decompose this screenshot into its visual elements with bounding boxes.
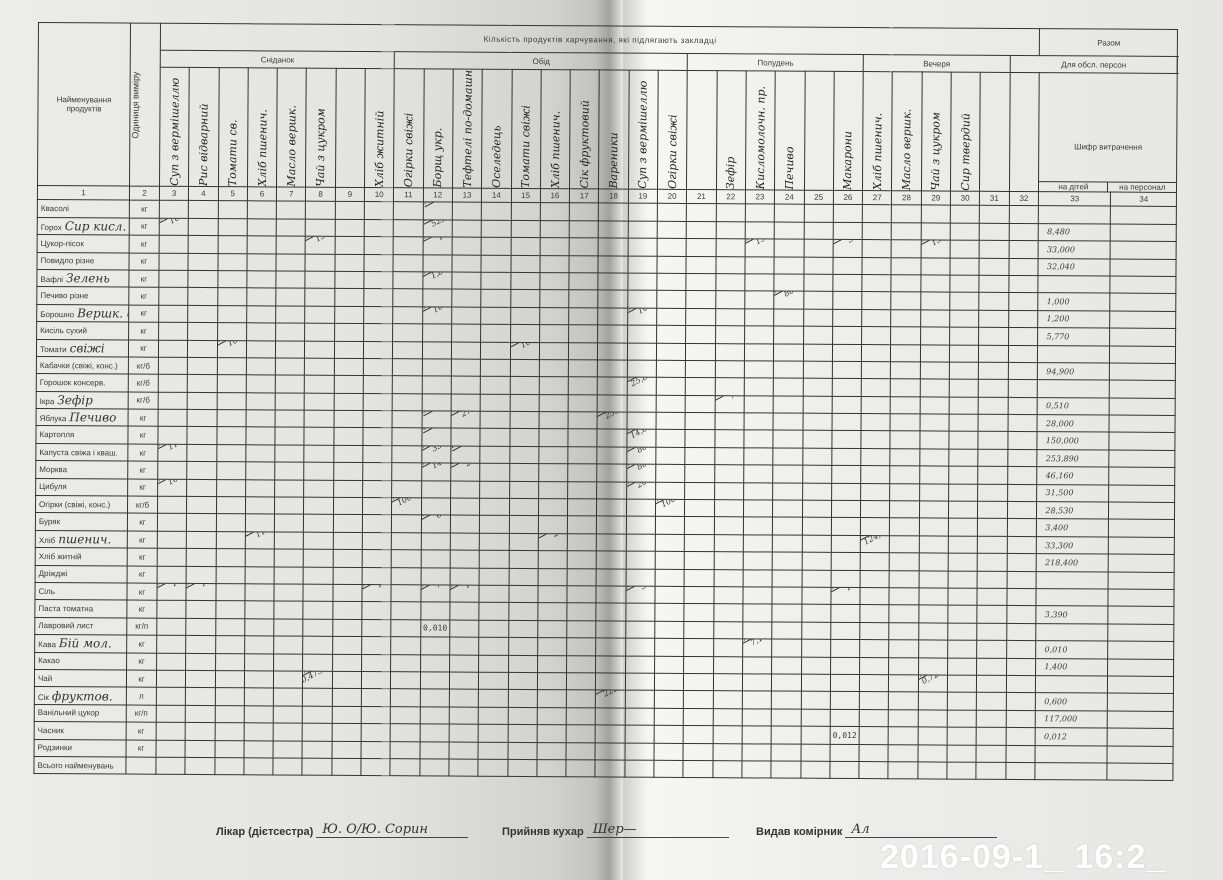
quantity-cell[interactable] <box>452 220 481 238</box>
quantity-cell[interactable] <box>860 657 889 675</box>
total-children-cell[interactable]: 117,000 <box>1036 710 1108 728</box>
quantity-cell[interactable] <box>919 570 948 588</box>
quantity-cell[interactable] <box>977 658 1006 676</box>
quantity-cell[interactable] <box>742 656 771 674</box>
quantity-cell[interactable] <box>158 427 187 445</box>
quantity-cell[interactable] <box>948 605 977 623</box>
quantity-cell[interactable] <box>510 359 539 377</box>
quantity-cell[interactable] <box>420 759 449 777</box>
quantity-cell[interactable] <box>567 603 596 621</box>
quantity-cell[interactable] <box>539 377 568 395</box>
quantity-cell[interactable] <box>860 588 889 606</box>
total-children-cell[interactable]: 32,040 <box>1038 258 1110 276</box>
quantity-cell[interactable] <box>1008 345 1038 363</box>
quantity-cell[interactable] <box>479 603 508 621</box>
quantity-cell[interactable] <box>977 553 1006 571</box>
quantity-cell[interactable] <box>713 708 742 726</box>
quantity-cell[interactable] <box>156 722 185 740</box>
quantity-cell[interactable] <box>273 758 302 776</box>
quantity-cell[interactable] <box>188 305 217 323</box>
quantity-cell[interactable] <box>861 396 890 414</box>
quantity-cell[interactable] <box>539 446 568 464</box>
quantity-cell[interactable] <box>244 688 273 706</box>
quantity-cell[interactable]: 5,91016 <box>158 479 187 497</box>
quantity-cell[interactable] <box>215 688 244 706</box>
quantity-cell[interactable] <box>626 551 655 569</box>
quantity-cell[interactable] <box>274 601 303 619</box>
quantity-cell[interactable] <box>832 309 861 327</box>
total-staff-cell[interactable] <box>1107 728 1173 746</box>
total-children-cell[interactable]: 33,000 <box>1038 241 1110 259</box>
quantity-cell[interactable] <box>216 549 245 567</box>
quantity-cell[interactable] <box>274 584 303 602</box>
quantity-cell[interactable] <box>156 705 185 723</box>
quantity-cell[interactable] <box>539 394 568 412</box>
total-children-cell[interactable] <box>1036 676 1108 694</box>
total-staff-cell[interactable] <box>1108 589 1174 607</box>
quantity-cell[interactable] <box>215 601 244 619</box>
quantity-cell[interactable] <box>245 636 274 654</box>
quantity-cell[interactable] <box>832 326 861 344</box>
quantity-cell[interactable] <box>596 673 625 691</box>
quantity-cell[interactable] <box>450 602 479 620</box>
quantity-cell[interactable] <box>334 323 363 341</box>
quantity-cell[interactable] <box>274 671 303 689</box>
total-children-cell[interactable]: 0,012 <box>1035 728 1107 746</box>
quantity-cell[interactable] <box>1008 397 1038 415</box>
quantity-cell[interactable] <box>333 619 362 637</box>
total-staff-cell[interactable] <box>1108 641 1174 659</box>
quantity-cell[interactable] <box>832 379 861 397</box>
quantity-cell[interactable] <box>977 710 1006 728</box>
quantity-cell[interactable] <box>217 427 246 445</box>
quantity-cell[interactable] <box>305 358 334 376</box>
quantity-cell[interactable] <box>773 430 802 448</box>
quantity-cell[interactable] <box>685 465 714 483</box>
quantity-cell[interactable] <box>830 674 859 692</box>
quantity-cell[interactable] <box>305 306 334 324</box>
quantity-cell[interactable] <box>275 393 304 411</box>
quantity-cell[interactable] <box>920 327 949 345</box>
quantity-cell[interactable] <box>715 308 744 326</box>
quantity-cell[interactable] <box>159 305 188 323</box>
quantity-cell[interactable] <box>597 551 626 569</box>
quantity-cell[interactable] <box>540 238 569 256</box>
quantity-cell[interactable] <box>801 744 830 762</box>
quantity-cell[interactable] <box>275 427 304 445</box>
quantity-cell[interactable] <box>830 709 859 727</box>
quantity-cell[interactable] <box>976 762 1005 780</box>
quantity-cell[interactable] <box>362 515 391 533</box>
quantity-cell[interactable] <box>802 465 831 483</box>
quantity-cell[interactable] <box>509 429 538 447</box>
quantity-cell[interactable]: 51,875124,6 <box>860 535 889 553</box>
quantity-cell[interactable]: 5,55010 <box>422 307 451 325</box>
quantity-cell[interactable] <box>684 708 713 726</box>
quantity-cell[interactable] <box>188 288 217 306</box>
quantity-cell[interactable] <box>862 292 891 310</box>
quantity-cell[interactable] <box>1007 501 1037 519</box>
quantity-cell[interactable] <box>715 430 744 448</box>
quantity-cell[interactable] <box>745 204 774 222</box>
quantity-cell[interactable] <box>743 569 772 587</box>
quantity-cell[interactable] <box>567 673 596 691</box>
quantity-cell[interactable] <box>479 585 508 603</box>
quantity-cell[interactable]: 39,400100 <box>217 340 246 358</box>
quantity-cell[interactable] <box>714 569 743 587</box>
quantity-cell[interactable] <box>774 257 803 275</box>
quantity-cell[interactable] <box>305 393 334 411</box>
quantity-cell[interactable] <box>540 273 569 291</box>
quantity-cell[interactable] <box>656 430 685 448</box>
quantity-cell[interactable] <box>215 740 244 758</box>
quantity-cell[interactable] <box>1006 745 1036 763</box>
quantity-cell[interactable] <box>771 761 800 779</box>
total-staff-cell[interactable] <box>1109 467 1175 485</box>
quantity-cell[interactable] <box>625 725 654 743</box>
quantity-cell[interactable] <box>274 636 303 654</box>
quantity-cell[interactable] <box>598 360 627 378</box>
quantity-cell[interactable] <box>802 500 831 518</box>
quantity-cell[interactable] <box>862 309 891 327</box>
quantity-cell[interactable] <box>217 410 246 428</box>
quantity-cell[interactable] <box>802 518 831 536</box>
quantity-cell[interactable] <box>597 447 626 465</box>
quantity-cell[interactable] <box>451 481 480 499</box>
quantity-cell[interactable] <box>569 255 598 273</box>
quantity-cell[interactable] <box>159 253 188 271</box>
quantity-cell[interactable] <box>214 757 243 775</box>
quantity-cell[interactable] <box>597 482 626 500</box>
quantity-cell[interactable] <box>595 742 624 760</box>
quantity-cell[interactable] <box>511 238 540 256</box>
quantity-cell[interactable] <box>569 342 598 360</box>
quantity-cell[interactable] <box>392 463 421 481</box>
quantity-cell[interactable] <box>977 623 1006 641</box>
quantity-cell[interactable] <box>420 724 449 742</box>
quantity-cell[interactable] <box>1009 206 1039 224</box>
quantity-cell[interactable] <box>335 236 364 254</box>
quantity-cell[interactable] <box>772 570 801 588</box>
quantity-cell[interactable] <box>596 725 625 743</box>
quantity-cell[interactable] <box>393 341 422 359</box>
quantity-cell[interactable] <box>950 223 979 241</box>
total-children-cell[interactable]: 1,000 <box>1038 293 1110 311</box>
quantity-cell[interactable] <box>276 306 305 324</box>
quantity-cell[interactable] <box>890 553 919 571</box>
quantity-cell[interactable] <box>801 674 830 692</box>
quantity-cell[interactable] <box>625 673 654 691</box>
quantity-cell[interactable] <box>332 636 361 654</box>
quantity-cell[interactable] <box>657 273 686 291</box>
quantity-cell[interactable] <box>947 727 976 745</box>
quantity-cell[interactable] <box>247 288 276 306</box>
quantity-cell[interactable] <box>508 672 537 690</box>
quantity-cell[interactable] <box>597 534 626 552</box>
quantity-cell[interactable] <box>156 740 185 758</box>
quantity-cell[interactable] <box>804 205 833 223</box>
quantity-cell[interactable] <box>683 726 712 744</box>
quantity-cell[interactable] <box>949 432 978 450</box>
quantity-cell[interactable] <box>393 254 422 272</box>
quantity-cell[interactable] <box>244 705 273 723</box>
quantity-cell[interactable] <box>245 619 274 637</box>
quantity-cell[interactable] <box>803 361 832 379</box>
quantity-cell[interactable] <box>158 461 187 479</box>
quantity-cell[interactable] <box>598 395 627 413</box>
quantity-cell[interactable] <box>187 427 216 445</box>
quantity-cell[interactable] <box>188 357 217 375</box>
quantity-cell[interactable] <box>773 483 802 501</box>
quantity-cell[interactable] <box>333 532 362 550</box>
quantity-cell[interactable] <box>685 499 714 517</box>
quantity-cell[interactable] <box>628 203 657 221</box>
quantity-cell[interactable] <box>950 310 979 328</box>
quantity-cell[interactable] <box>598 325 627 343</box>
quantity-cell[interactable] <box>801 605 830 623</box>
quantity-cell[interactable] <box>390 741 419 759</box>
quantity-cell[interactable] <box>920 449 949 467</box>
quantity-cell[interactable] <box>685 395 714 413</box>
quantity-cell[interactable] <box>480 498 509 516</box>
quantity-cell[interactable] <box>538 481 567 499</box>
quantity-cell[interactable] <box>714 552 743 570</box>
quantity-cell[interactable] <box>187 409 216 427</box>
quantity-cell[interactable] <box>948 571 977 589</box>
quantity-cell[interactable] <box>481 324 510 342</box>
quantity-cell[interactable] <box>275 480 304 498</box>
quantity-cell[interactable] <box>481 272 510 290</box>
total-staff-cell[interactable] <box>1108 624 1174 642</box>
quantity-cell[interactable] <box>391 672 420 690</box>
quantity-cell[interactable] <box>335 289 364 307</box>
quantity-cell[interactable] <box>978 467 1007 485</box>
quantity-cell[interactable] <box>567 534 596 552</box>
quantity-cell[interactable] <box>889 622 918 640</box>
quantity-cell[interactable] <box>918 640 947 658</box>
total-staff-cell[interactable] <box>1109 450 1175 468</box>
quantity-cell[interactable]: 8,30014 <box>421 463 450 481</box>
quantity-cell[interactable] <box>921 275 950 293</box>
quantity-cell[interactable] <box>655 638 684 656</box>
quantity-cell[interactable]: 0,11010 <box>627 308 656 326</box>
total-staff-cell[interactable] <box>1109 485 1175 503</box>
quantity-cell[interactable] <box>335 219 364 237</box>
quantity-cell[interactable] <box>979 327 1008 345</box>
quantity-cell[interactable] <box>332 706 361 724</box>
quantity-cell[interactable] <box>276 340 305 358</box>
total-staff-cell[interactable] <box>1110 259 1176 277</box>
quantity-cell[interactable]: 0,3000,475 <box>303 671 332 689</box>
quantity-cell[interactable] <box>362 550 391 568</box>
quantity-cell[interactable] <box>742 691 771 709</box>
quantity-cell[interactable] <box>803 344 832 362</box>
quantity-cell[interactable] <box>480 394 509 412</box>
quantity-cell[interactable] <box>217 323 246 341</box>
quantity-cell[interactable] <box>686 343 715 361</box>
quantity-cell[interactable] <box>745 274 774 292</box>
quantity-cell[interactable] <box>774 222 803 240</box>
quantity-cell[interactable] <box>918 657 947 675</box>
quantity-cell[interactable] <box>625 708 654 726</box>
quantity-cell[interactable] <box>657 256 686 274</box>
quantity-cell[interactable] <box>803 292 832 310</box>
quantity-cell[interactable] <box>773 413 802 431</box>
quantity-cell[interactable] <box>156 688 185 706</box>
quantity-cell[interactable] <box>392 480 421 498</box>
quantity-cell[interactable] <box>804 222 833 240</box>
quantity-cell[interactable] <box>391 585 420 603</box>
quantity-cell[interactable]: 0,4001 <box>157 583 186 601</box>
quantity-cell[interactable] <box>393 324 422 342</box>
quantity-cell[interactable] <box>244 758 273 776</box>
quantity-cell[interactable] <box>246 410 275 428</box>
quantity-cell[interactable] <box>185 757 214 775</box>
quantity-cell[interactable] <box>771 726 800 744</box>
quantity-cell[interactable] <box>596 655 625 673</box>
quantity-cell[interactable] <box>186 670 215 688</box>
quantity-cell[interactable] <box>861 379 890 397</box>
quantity-cell[interactable] <box>422 376 451 394</box>
quantity-cell[interactable] <box>302 758 331 776</box>
quantity-cell[interactable] <box>802 448 831 466</box>
quantity-cell[interactable] <box>978 397 1007 415</box>
quantity-cell[interactable] <box>538 603 567 621</box>
quantity-cell[interactable] <box>889 570 918 588</box>
quantity-cell[interactable] <box>860 622 889 640</box>
quantity-cell[interactable] <box>1006 675 1036 693</box>
quantity-cell[interactable] <box>276 201 305 219</box>
quantity-cell[interactable] <box>918 744 947 762</box>
total-staff-cell[interactable] <box>1108 606 1174 624</box>
total-children-cell[interactable]: 1,200 <box>1038 310 1110 328</box>
quantity-cell[interactable] <box>891 257 920 275</box>
quantity-cell[interactable] <box>774 274 803 292</box>
quantity-cell[interactable] <box>744 448 773 466</box>
quantity-cell[interactable] <box>481 307 510 325</box>
quantity-cell[interactable] <box>598 308 627 326</box>
quantity-cell[interactable] <box>686 378 715 396</box>
quantity-cell[interactable] <box>892 240 921 258</box>
quantity-cell[interactable]: 1,1107 <box>421 585 450 603</box>
quantity-cell[interactable] <box>510 272 539 290</box>
quantity-cell[interactable]: 28,00070 <box>715 395 744 413</box>
quantity-cell[interactable] <box>744 343 773 361</box>
quantity-cell[interactable] <box>831 605 860 623</box>
quantity-cell[interactable] <box>597 499 626 517</box>
quantity-cell[interactable] <box>217 271 246 289</box>
quantity-cell[interactable] <box>1008 432 1038 450</box>
quantity-cell[interactable] <box>860 674 889 692</box>
quantity-cell[interactable] <box>305 288 334 306</box>
quantity-cell[interactable] <box>716 204 745 222</box>
quantity-cell[interactable] <box>687 204 716 222</box>
quantity-cell[interactable] <box>218 218 247 236</box>
quantity-cell[interactable] <box>276 271 305 289</box>
quantity-cell[interactable] <box>276 358 305 376</box>
quantity-cell[interactable] <box>156 670 185 688</box>
quantity-cell[interactable] <box>449 689 478 707</box>
quantity-cell[interactable] <box>391 706 420 724</box>
quantity-cell[interactable] <box>714 587 743 605</box>
quantity-cell[interactable] <box>539 412 568 430</box>
quantity-cell[interactable] <box>508 724 537 742</box>
quantity-cell[interactable] <box>744 326 773 344</box>
quantity-cell[interactable] <box>713 674 742 692</box>
quantity-cell[interactable] <box>568 377 597 395</box>
quantity-cell[interactable] <box>420 689 449 707</box>
quantity-cell[interactable] <box>715 343 744 361</box>
quantity-cell[interactable] <box>685 552 714 570</box>
quantity-cell[interactable] <box>831 518 860 536</box>
quantity-cell[interactable] <box>450 655 479 673</box>
quantity-cell[interactable] <box>510 377 539 395</box>
total-staff-cell[interactable] <box>1108 659 1174 677</box>
quantity-cell[interactable] <box>656 465 685 483</box>
quantity-cell[interactable] <box>567 638 596 656</box>
quantity-cell[interactable] <box>1006 641 1036 659</box>
quantity-cell[interactable] <box>364 289 393 307</box>
quantity-cell[interactable] <box>158 340 187 358</box>
quantity-cell[interactable] <box>158 375 187 393</box>
quantity-cell[interactable] <box>920 431 949 449</box>
quantity-cell[interactable] <box>304 462 333 480</box>
quantity-cell[interactable] <box>948 536 977 554</box>
quantity-cell[interactable] <box>1007 484 1037 502</box>
quantity-cell[interactable] <box>540 290 569 308</box>
quantity-cell[interactable] <box>977 606 1006 624</box>
quantity-cell[interactable] <box>888 744 917 762</box>
quantity-cell[interactable]: 0,9901 <box>831 587 860 605</box>
quantity-cell[interactable] <box>218 201 247 219</box>
quantity-cell[interactable] <box>275 445 304 463</box>
quantity-cell[interactable] <box>861 414 890 432</box>
total-children-cell[interactable]: 253,890 <box>1037 449 1109 467</box>
quantity-cell[interactable] <box>861 501 890 519</box>
quantity-cell[interactable] <box>1006 623 1036 641</box>
quantity-cell[interactable] <box>392 428 421 446</box>
quantity-cell[interactable] <box>363 480 392 498</box>
quantity-cell[interactable] <box>949 414 978 432</box>
quantity-cell[interactable] <box>831 483 860 501</box>
quantity-cell[interactable] <box>245 601 274 619</box>
quantity-cell[interactable] <box>890 518 919 536</box>
quantity-cell[interactable] <box>773 517 802 535</box>
quantity-cell[interactable] <box>568 447 597 465</box>
quantity-cell[interactable] <box>538 586 567 604</box>
quantity-cell[interactable]: 6,22015 <box>921 240 950 258</box>
quantity-cell[interactable] <box>772 639 801 657</box>
quantity-cell[interactable] <box>157 601 186 619</box>
quantity-cell[interactable] <box>948 640 977 658</box>
quantity-cell[interactable] <box>217 392 246 410</box>
quantity-cell[interactable] <box>716 221 745 239</box>
quantity-cell[interactable] <box>804 239 833 257</box>
quantity-cell[interactable] <box>918 727 947 745</box>
quantity-cell[interactable] <box>892 205 921 223</box>
quantity-cell[interactable] <box>392 446 421 464</box>
quantity-cell[interactable] <box>890 466 919 484</box>
quantity-cell[interactable] <box>538 620 567 638</box>
quantity-cell[interactable] <box>334 428 363 446</box>
quantity-cell[interactable] <box>977 588 1006 606</box>
quantity-cell[interactable] <box>276 288 305 306</box>
quantity-cell[interactable] <box>713 726 742 744</box>
quantity-cell[interactable] <box>478 759 507 777</box>
quantity-cell[interactable]: 1,0001,8 <box>423 272 452 290</box>
quantity-cell[interactable] <box>568 499 597 517</box>
total-children-cell[interactable] <box>1036 623 1108 641</box>
